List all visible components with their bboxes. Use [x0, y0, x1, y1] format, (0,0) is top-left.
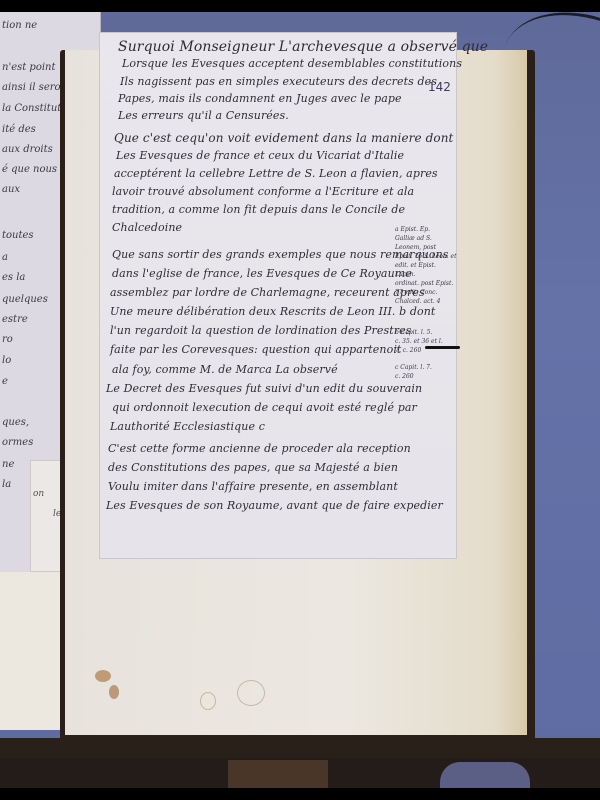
stain	[237, 680, 265, 706]
facing-text: toutes	[2, 230, 34, 241]
facing-text: ques,	[2, 417, 29, 428]
facing-text: n'est point	[2, 62, 56, 73]
left-page-base	[0, 570, 68, 730]
text-line: lavoir trouvé absolument conforme a l'Ec…	[112, 185, 414, 198]
text-line: Ils nagissent pas en simples executeurs …	[120, 75, 437, 88]
note-line: a Epist. Ep.	[395, 225, 457, 234]
text-line: des Constitutions des papes, que sa Maje…	[108, 461, 398, 474]
text-line: dans l'eglise de france, les Evesques de…	[112, 267, 412, 280]
text-line: Les Evesques de france et ceux du Vicari…	[116, 149, 404, 162]
note-line: c. 35. et 36 et l.	[395, 337, 457, 346]
note-line: c. 260	[395, 372, 457, 381]
margin-note-a: a Epist. Ep. Galliæ ad S. Leonem, post E…	[395, 225, 457, 306]
table-edge	[0, 738, 600, 758]
text-line: l'un regardoit la question de lordinatio…	[110, 324, 411, 337]
text-line: faite par les Corevesques: question qui …	[110, 343, 401, 356]
facing-text: ne	[2, 459, 14, 470]
facing-text: estre	[2, 314, 28, 325]
note-line: b Capit. l. 5.	[395, 328, 457, 337]
facing-text: quelques	[2, 294, 48, 305]
text-line: Voulu imiter dans l'affaire presente, en…	[108, 480, 398, 493]
text-line: ala foy, comme M. de Marca La observé	[112, 363, 338, 376]
bottom-black-bar	[0, 788, 600, 800]
facing-text: tion ne	[2, 20, 37, 31]
text-line: acceptérent la cellebre Lettre de S. Leo…	[114, 167, 438, 180]
facing-text: la	[2, 479, 11, 490]
stain	[95, 670, 111, 682]
text-line: C'est cette forme ancienne de proceder a…	[108, 442, 411, 455]
text-line: Chalcedoine	[112, 221, 182, 234]
facing-text: aux droits	[2, 144, 53, 155]
facing-text: e	[2, 376, 8, 387]
facing-text: é que nous	[2, 164, 57, 175]
ink-strike	[425, 346, 460, 349]
facing-text: es la	[2, 272, 25, 283]
text-line: assemblez par lordre de Charlemagne, rec…	[110, 286, 425, 299]
text-line: Les erreurs qu'il a Censurées.	[118, 109, 289, 122]
text-line: Les Evesques de son Royaume, avant que d…	[106, 499, 443, 512]
text-line: Une meure délibération deux Rescrits de …	[110, 305, 435, 318]
note-line: Leonem, post	[395, 243, 457, 252]
text-line: Que c'est cequ'on voit evidement dans la…	[114, 131, 453, 145]
facing-text: ité des	[2, 124, 36, 135]
facing-text: aux	[2, 184, 20, 195]
text-line: qui ordonnoit lexecution de cequi avoit …	[112, 401, 417, 414]
note-line: c Capit. l. 7.	[395, 363, 457, 372]
facing-text: ro	[2, 334, 13, 345]
note-line: ordinat. post Epist.	[395, 279, 457, 288]
note-line: Epist. 76 S. Leon. et	[395, 252, 457, 261]
stain	[200, 692, 216, 710]
text-line: Lauthorité Ecclesiastique c	[110, 420, 265, 433]
text-line: Le Decret des Evesques fut suivi d'un ed…	[106, 382, 422, 395]
tab-text: on	[33, 489, 44, 499]
margin-note-b: b Capit. l. 5. c. 35. et 36 et l. 7. c. …	[395, 328, 457, 355]
margin-note-c: c Capit. l. 7. c. 260	[395, 363, 457, 381]
text-line: Lorsque les Evesques acceptent desemblab…	[122, 57, 462, 70]
text-line: Papes, mais ils condamnent en Juges avec…	[118, 92, 402, 105]
text-line: Surquoi Monseigneur L'archevesque a obse…	[118, 39, 488, 55]
note-line: Chalced. act. 4	[395, 297, 457, 306]
facing-text: ormes	[2, 437, 33, 448]
margin-notes: a Epist. Ep. Galliæ ad S. Leonem, post E…	[395, 225, 457, 395]
floor-patch	[228, 760, 328, 788]
note-line: 77 edit. Conc.	[395, 288, 457, 297]
text-line: tradition, a comme lon fit depuis dans l…	[112, 203, 405, 216]
facing-text: lo	[2, 355, 11, 366]
facing-text: a	[2, 252, 8, 263]
facing-text: ainsi il seroit	[2, 82, 68, 93]
note-line: edit. et Epist. Lucen.	[395, 261, 457, 279]
note-line: Galliæ ad S.	[395, 234, 457, 243]
stain	[109, 685, 119, 699]
folio-number: 142	[428, 80, 451, 94]
